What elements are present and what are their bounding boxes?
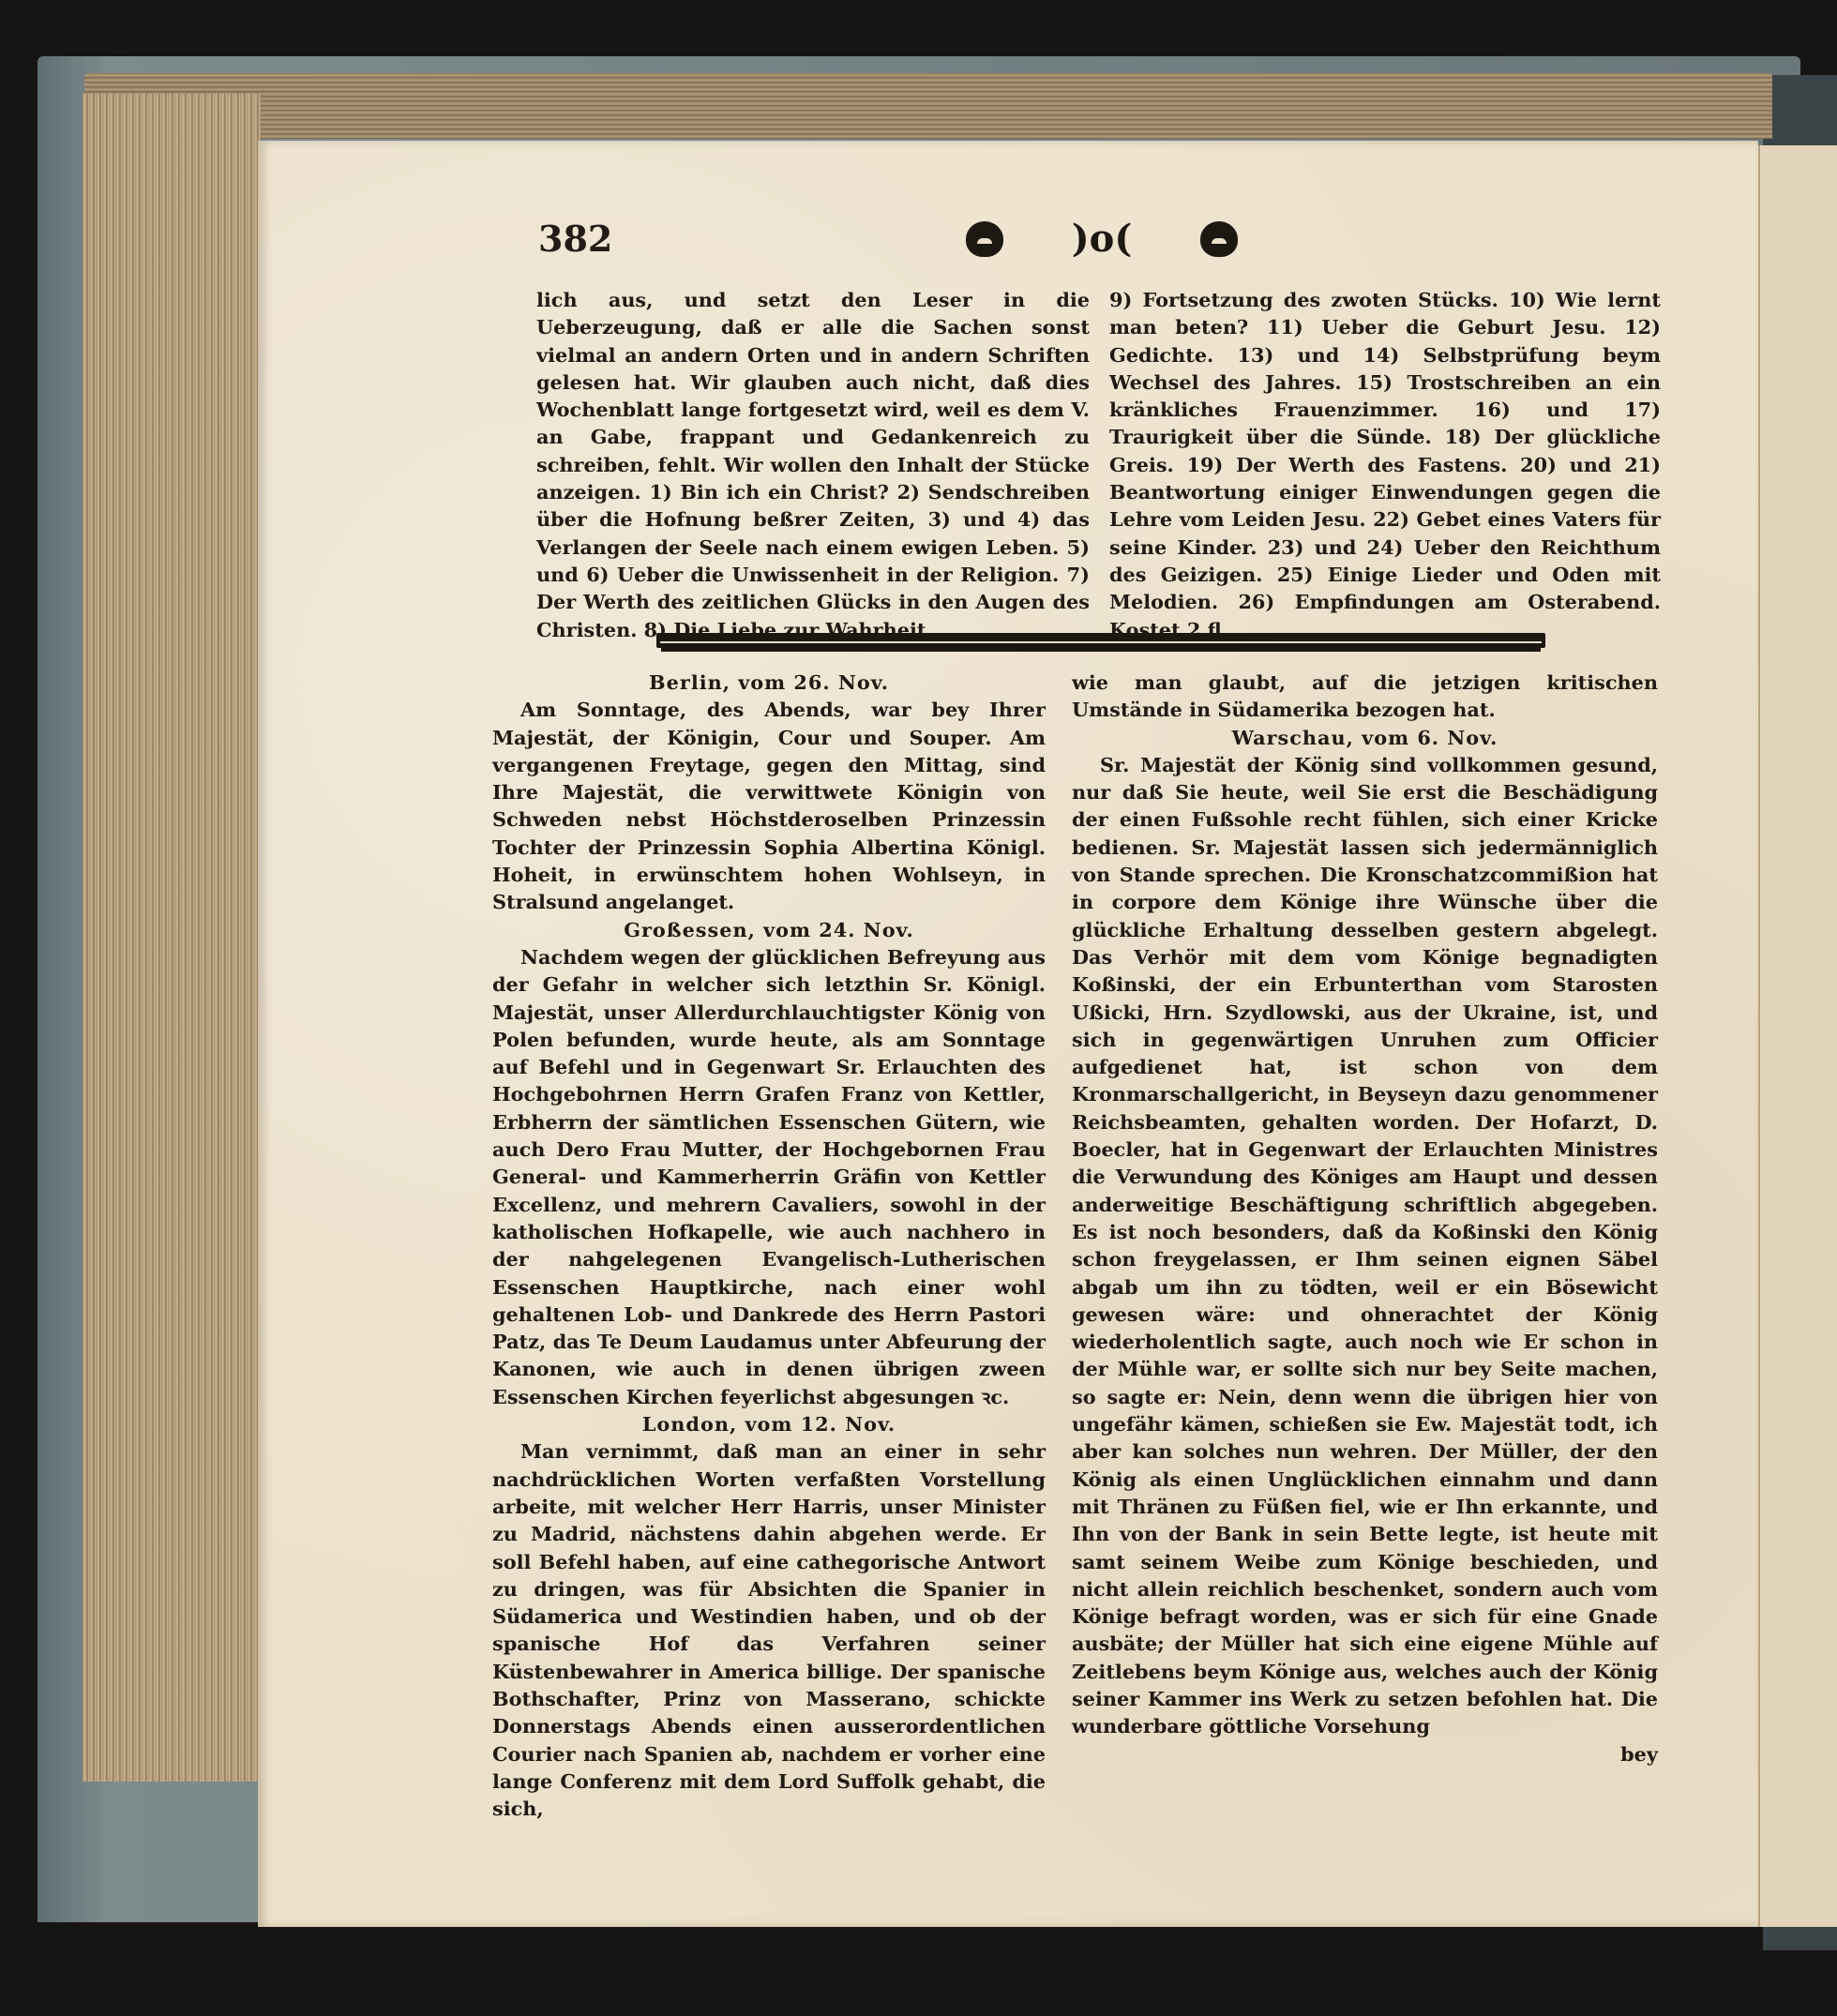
article-berlin: Am Sonntage, des Abends, war bey Ihrer M… bbox=[492, 696, 1046, 915]
news-column-left: Berlin, vom 26. Nov. Am Sonntage, des Ab… bbox=[492, 669, 1046, 1822]
article-warschau: Sr. Majestät der König sind vollkommen g… bbox=[1072, 751, 1658, 1740]
dateline-berlin: Berlin, vom 26. Nov. bbox=[492, 669, 1046, 696]
page-number: 382 bbox=[538, 218, 612, 260]
review-column-left: lich aus, und setzt den Leser in die Ueb… bbox=[536, 286, 1090, 643]
page-edges-top bbox=[84, 73, 1772, 139]
article-london: Man vernimmt, daß man an einer in sehr n… bbox=[492, 1437, 1046, 1822]
dateline-london: London, vom 12. Nov. bbox=[492, 1410, 1046, 1437]
shell-ornament-icon bbox=[966, 221, 1003, 257]
review-column-right: 9) Fortsetzung des zwoten Stücks. 10) Wi… bbox=[1109, 286, 1661, 643]
section-divider-rule bbox=[656, 633, 1545, 648]
dateline-warschau: Warschau, vom 6. Nov. bbox=[1072, 724, 1658, 751]
catchword: bey bbox=[1072, 1740, 1658, 1768]
shell-ornament-icon bbox=[1200, 221, 1238, 257]
review-text-right: 9) Fortsetzung des zwoten Stücks. 10) Wi… bbox=[1109, 286, 1661, 643]
center-ornament-icon: )o( bbox=[1072, 220, 1133, 258]
news-column-right: wie man glaubt, auf die jetzigen kritisc… bbox=[1072, 669, 1658, 1768]
header-ornaments: )o( bbox=[966, 216, 1238, 263]
page-edges-left bbox=[83, 94, 261, 1782]
review-text-left: lich aus, und setzt den Leser in die Ueb… bbox=[536, 286, 1090, 643]
article-grossessen: Nachdem wegen der glücklichen Befreyung … bbox=[492, 943, 1046, 1410]
dateline-grossessen: Großessen, vom 24. Nov. bbox=[492, 916, 1046, 943]
article-london-continued: wie man glaubt, auf die jetzigen kritisc… bbox=[1072, 669, 1658, 724]
facing-page-edge bbox=[1758, 145, 1837, 1927]
